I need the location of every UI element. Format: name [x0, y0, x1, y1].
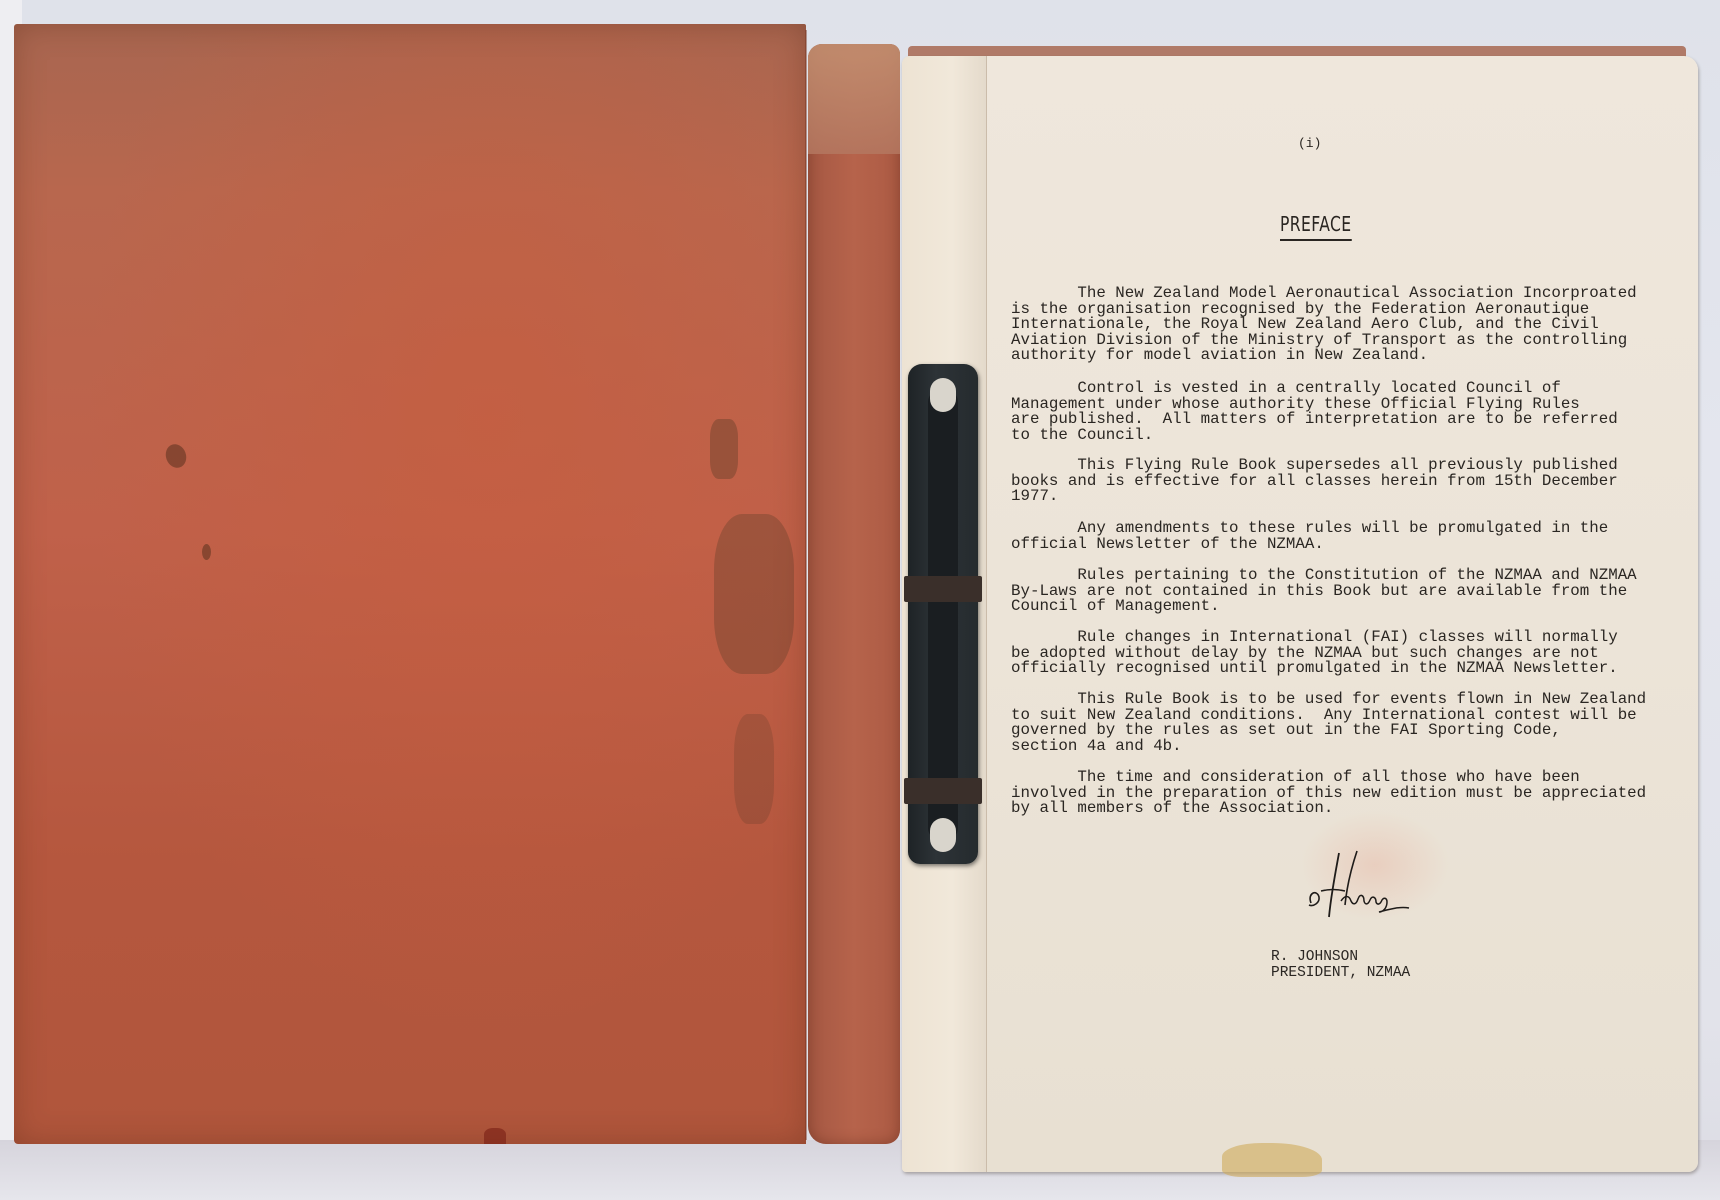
text-line: authority for model aviation in New Zeal…	[1011, 348, 1637, 364]
preface-paragraph: The New Zealand Model Aeronautical Assoc…	[1011, 286, 1637, 364]
preface-paragraph: Control is vested in a centrally located…	[1011, 381, 1618, 443]
text-line: official Newsletter of the NZMAA.	[1011, 537, 1608, 553]
preface-paragraph: Rules pertaining to the Constitution of …	[1011, 568, 1637, 615]
text-line: to the Council.	[1011, 428, 1618, 444]
cover-stain	[162, 441, 189, 470]
text-line: officially recognised until promulgated …	[1011, 661, 1618, 677]
binder-clip	[908, 364, 978, 864]
clip-bar	[928, 390, 958, 840]
page-stain	[1222, 1143, 1322, 1177]
flap-fold	[808, 44, 900, 154]
signatory-title: PRESIDENT, NZMAA	[1271, 966, 1410, 982]
preface-paragraph: Rule changes in International (FAI) clas…	[1011, 630, 1618, 677]
cover-stain	[710, 419, 738, 479]
cover-crease	[805, 30, 807, 1140]
page-title: PREFACE	[1280, 212, 1352, 241]
signature	[1305, 845, 1425, 935]
cover-stain	[484, 1128, 506, 1144]
cover-stain	[202, 544, 211, 560]
clip-band	[904, 576, 982, 602]
text-line: Council of Management.	[1011, 599, 1637, 615]
cover-stain	[714, 514, 794, 674]
text-line: by all members of the Association.	[1011, 801, 1646, 817]
page-number: (i)	[1298, 136, 1321, 152]
preface-paragraph: This Rule Book is to be used for events …	[1011, 692, 1646, 754]
preface-paragraph: Any amendments to these rules will be pr…	[1011, 521, 1608, 552]
clip-slot	[930, 378, 956, 412]
text-line: 1977.	[1011, 489, 1618, 505]
clip-slot	[930, 818, 956, 852]
preface-paragraph: This Flying Rule Book supersedes all pre…	[1011, 458, 1618, 505]
cover-inner-flap	[808, 44, 900, 1144]
text-line: section 4a and 4b.	[1011, 739, 1646, 755]
preface-paragraph: The time and consideration of all those …	[1011, 770, 1646, 817]
clip-band	[904, 778, 982, 804]
signatory-name: R. JOHNSON	[1271, 950, 1358, 966]
text-line: books and is effective for all classes h…	[1011, 474, 1618, 490]
left-cover	[14, 24, 806, 1144]
cover-stain	[734, 714, 774, 824]
